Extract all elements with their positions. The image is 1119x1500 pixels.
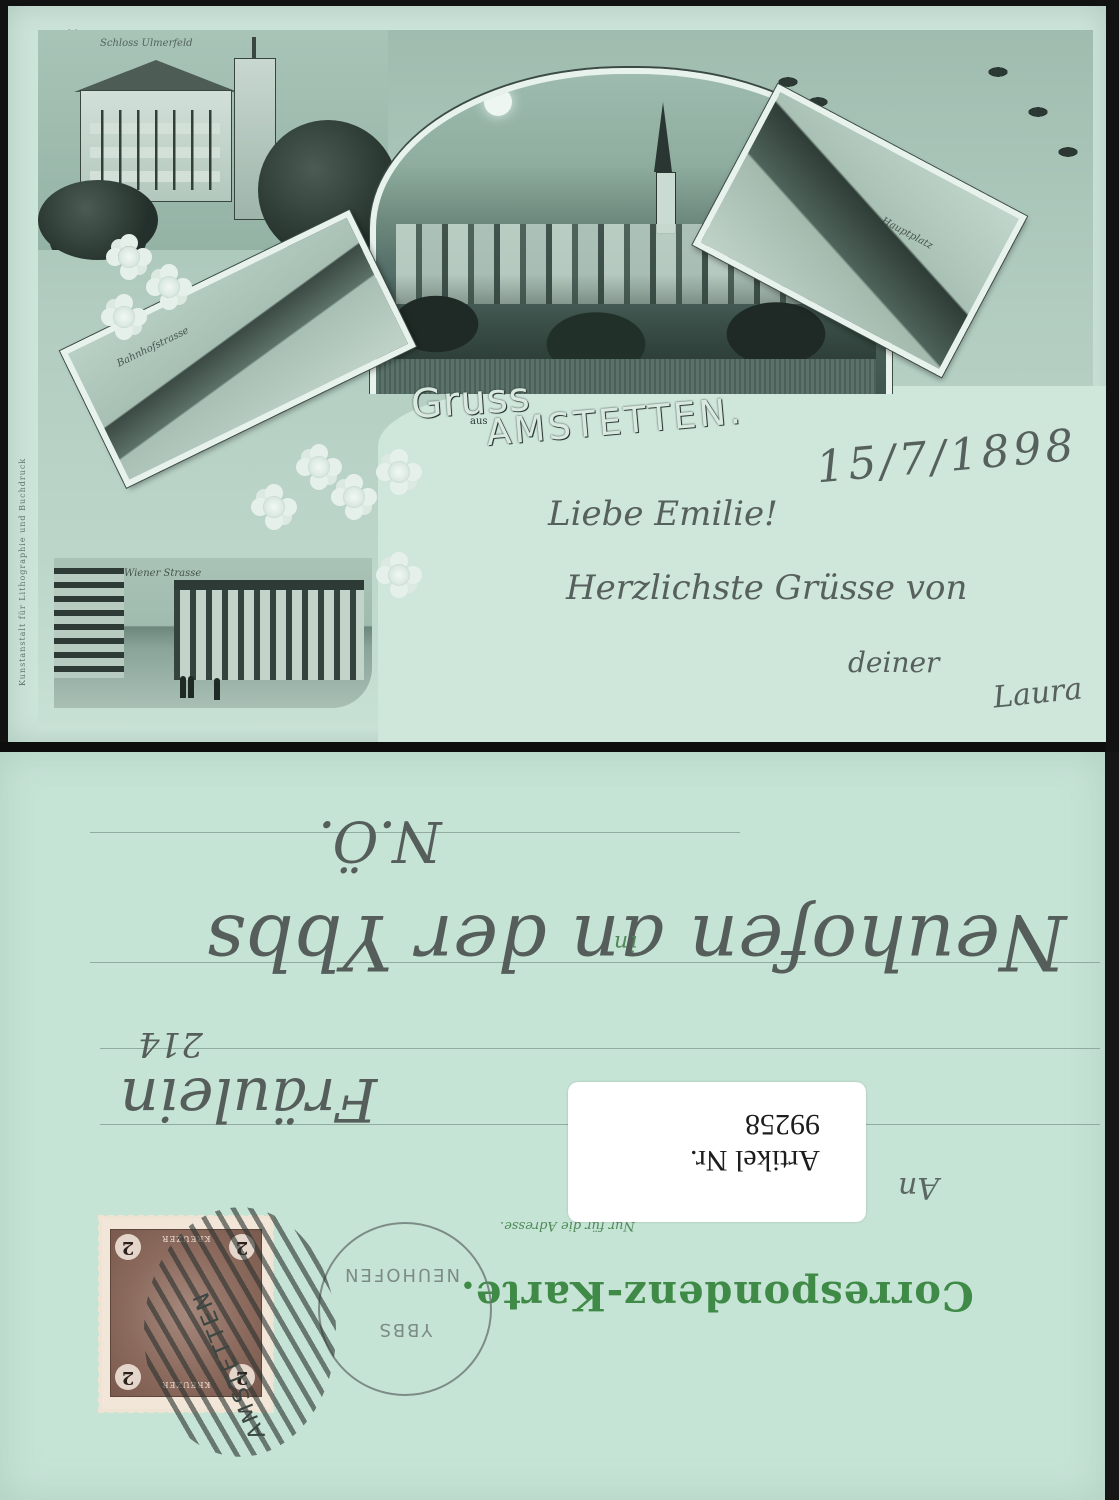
stamp-denomination: 2 <box>115 1234 141 1260</box>
handwritten-region: N.Ö. <box>318 808 442 873</box>
stamp-denomination: 2 <box>115 1364 141 1390</box>
pedestrian-figure <box>180 676 186 698</box>
pedestrian-figure <box>188 676 194 698</box>
postcard-front: Kunstanstalt für Lithographie und Buchdr… <box>8 6 1106 742</box>
blossom-decoration <box>263 496 285 518</box>
strasse-caption: Wiener Strasse <box>124 568 201 579</box>
castle-caption: Schloss Ulmerfeld <box>100 38 193 49</box>
church-spire <box>654 102 672 172</box>
building-left <box>54 568 124 678</box>
tree-cluster <box>38 180 158 260</box>
blossom-decoration <box>118 246 140 268</box>
handwritten-house-number: 214 <box>138 1024 203 1064</box>
article-number: 99258 <box>620 1106 820 1142</box>
scan-edge <box>1105 752 1119 1500</box>
handwritten-recipient: Fräulein <box>120 1064 377 1134</box>
handwritten-greeting: Liebe Emilie! <box>548 494 778 534</box>
address-rule <box>100 1048 1100 1049</box>
blossom-decoration <box>388 564 410 586</box>
printed-in: in <box>612 930 637 955</box>
card-title: Correspondenz-Karte. <box>460 1272 974 1319</box>
postmark-neuhofen: YBBS NEUHOFEN <box>318 1222 492 1396</box>
moon-icon <box>484 88 512 116</box>
postmark-town: NEUHOFEN <box>350 1264 460 1285</box>
handwritten-closing: deiner <box>848 646 939 679</box>
printed-an: An <box>898 1170 939 1205</box>
article-label: Artikel Nr. 99258 <box>568 1082 866 1222</box>
article-label-title: Artikel Nr. <box>620 1142 820 1178</box>
castle-windows <box>90 110 220 190</box>
blossom-decoration <box>113 306 135 328</box>
building-right <box>174 580 364 680</box>
postmark-suffix: YBBS <box>350 1319 460 1340</box>
castle-roof <box>74 60 238 92</box>
blossom-decoration <box>308 456 330 478</box>
blossom-decoration <box>158 276 180 298</box>
publisher-margin-text: Kunstanstalt für Lithographie und Buchdr… <box>18 86 34 686</box>
pedestrian-figure <box>214 678 220 700</box>
vignette-wiener-strasse: Wiener Strasse <box>54 558 372 708</box>
blossom-decoration <box>388 461 410 483</box>
blossom-decoration <box>343 486 365 508</box>
postcard-back: N.Ö. Neuhofen an der Ybbs 214 Fräulein i… <box>0 752 1105 1500</box>
handwritten-message: Herzlichste Grüsse von <box>566 568 967 608</box>
